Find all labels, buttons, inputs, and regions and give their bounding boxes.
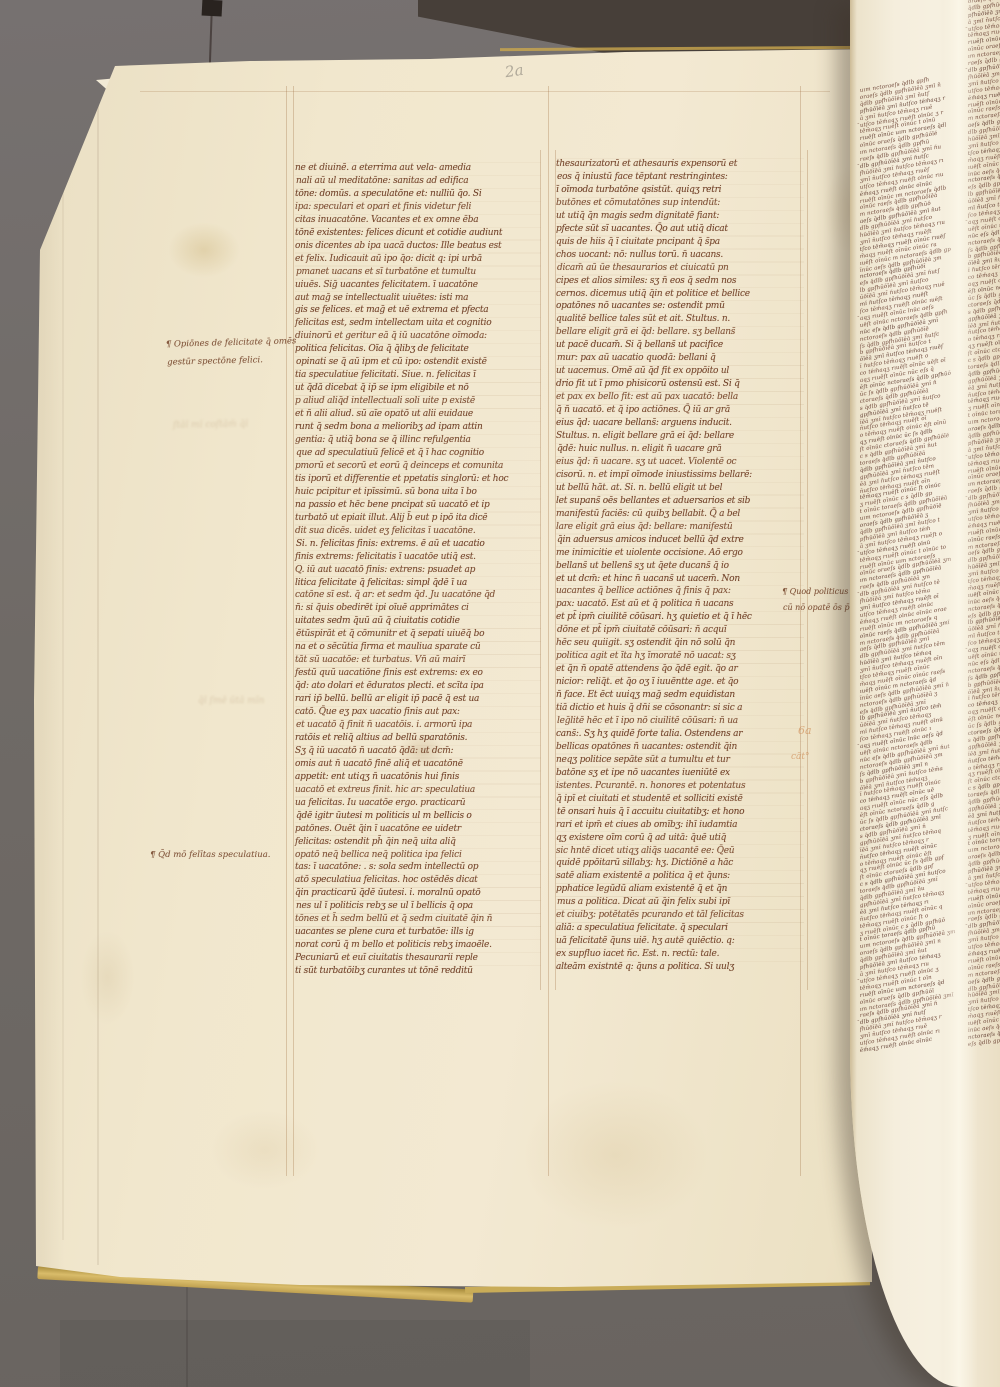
margin-note-left-2: ¶ Q̄d mō felītas speculatiua. xyxy=(150,846,271,864)
text-line: et uacatō q̄ finit n̄ uacatōis. i. armor… xyxy=(296,719,542,732)
show-through-ghost: ſtāī mī coſtām̄ q̄ī xyxy=(173,419,248,430)
text-line: tōne: domūs. a speculatōne et: nulliū q̄… xyxy=(295,188,541,201)
text-line: aliā: a speculatiua felicitate. q̄ specu… xyxy=(556,922,804,935)
text-line: pmanet uacans et sī turbatōne et tumultu xyxy=(296,266,542,279)
text-line: politica agit et īta hʒ īmoratē nō uacat… xyxy=(556,650,804,663)
text-line: q̄ n̄ uacatō. et q̄ ipo actiōnes. Q̄ iū … xyxy=(556,404,804,417)
text-line: ut pacē ducam̄. Si q̄ bellans̄ ut pacifi… xyxy=(556,339,804,352)
text-line: quidē ppōitarū sillabʒ: hʒ. Dictiōnē a h… xyxy=(556,857,804,870)
text-line: festū quū uacatiōne finis est extrems: e… xyxy=(295,667,541,680)
text-line: eius q̄d: uacare bellans̄: arguens induc… xyxy=(556,417,804,430)
text-line: appetit: ent utiqʒ n̄ uacatōnis hui fini… xyxy=(295,771,541,784)
text-line: cipes et alios similes: sʒ n̄ eos q̄ sed… xyxy=(556,275,804,288)
text-line: mur: pax aū uacatio quodā: bellani q̄ xyxy=(557,352,805,365)
text-line: uacantes se plene cura et turbatōe: ills… xyxy=(295,926,541,939)
stain xyxy=(168,222,240,278)
text-line: norat corū q̄ m bello et politicis rebʒ … xyxy=(295,939,541,952)
text-line: et pax ex bello fit: est aū pax uacatō: … xyxy=(556,391,804,404)
text-line: uacantes q̄ bellice actiōnes q̄ finis q̄… xyxy=(556,585,804,598)
text-line: cernos. dicemus utiq̄ q̄in et politice e… xyxy=(556,288,804,301)
text-line: ī oīmoda turbatōne qsistūt. quiqʒ retri xyxy=(556,184,804,197)
text-line: opatō neq̄ bellica neq̄ politica ipa fel… xyxy=(295,849,541,862)
text-line: pmorū et secorū et eorū q̄ deinceps et c… xyxy=(295,460,541,473)
text-line: diuinorū et geritur eā q̄ iū uacatōne oī… xyxy=(295,330,541,343)
text-line: gentia: q̄ utiq̄ bona se q̄ illinc reful… xyxy=(295,434,541,447)
text-line: et ciuibʒ: potētatēs pcurando et tāl fel… xyxy=(556,909,804,922)
text-line: mus a politica. Dicat aū q̄in felix subi… xyxy=(557,896,805,909)
text-line: tia speculatiue felicitati. Siue. n. fel… xyxy=(295,369,541,382)
text-line: catō. Q̄ue eʒ pax uacatio finis aut pax: xyxy=(295,706,541,719)
text-line: qʒ existere oīm corū q̄ ad uitā: q̄uē ut… xyxy=(556,832,804,845)
text-line: lare eligit grā eius q̄d: bellare: manif… xyxy=(556,521,804,534)
text-line: dit sua dicēs. uidet eʒ felicitas ī uaca… xyxy=(295,525,541,538)
text-line: tē onsari huis q̄ ī accuitu ciuitatibʒ: … xyxy=(557,806,805,819)
text-line: p aliud aliq̄d intellectuali soli uite p… xyxy=(295,395,541,408)
margin-note-line: gestūr spectōne felici. xyxy=(167,350,298,371)
text-line: tis iporū et differentie et ppetatis sin… xyxy=(295,473,541,486)
text-line: et felix. Iudicauit aū ipo q̄o: dicit q:… xyxy=(295,253,541,266)
text-line: na passio et hēc bene pncipat sū uacatō … xyxy=(295,499,541,512)
text-line: pphatice legūdū aliam existentē q̄ et q̄… xyxy=(556,883,804,896)
text-line: ipa: speculari et opari et finis videtur… xyxy=(295,201,541,214)
text-line: ex supfluo iacet n̄c. Est. n. rectū: tal… xyxy=(556,948,804,961)
text-line: bellicas opatōnes n̄ uacantes: ostendit … xyxy=(556,741,804,754)
text-line: tāt sū uacatōe: et turbatus. Vn̄ aū mair… xyxy=(295,654,541,667)
red-margin-mark-2: cāt° xyxy=(791,752,810,762)
text-line: finis extrems: felicitatis ī uacatōe uti… xyxy=(295,551,541,564)
text-line: na et o sēcūtia firma et mauliua sparate… xyxy=(295,641,541,654)
text-line: dicam̄ aū ūe thesaurarios et ciuicatū pn xyxy=(557,262,805,275)
text-line: hēc seu quiigit. sʒ ostendit q̄in nō sol… xyxy=(556,637,804,650)
text-line: litica felicitate q̄ felicitas: simpl q̄… xyxy=(295,577,541,590)
text-line: q̄in practicarū q̄dē ūutesi. i. moralnū … xyxy=(295,887,541,900)
stain xyxy=(210,1110,320,1190)
text-line: quis de hiis q̄ ī ciuitate pncipant q̄ s… xyxy=(556,236,804,249)
text-line: rari et ipm̄ et ciues ab omībʒ: ihī iuda… xyxy=(556,819,804,832)
text-line: tōnē existentes: felices dicunt et cotid… xyxy=(295,227,541,240)
margin-note-line: ¶ Q̄d mō felītas speculatiua. xyxy=(150,846,271,864)
text-line: nicior: reliq̄t. et q̄o oʒ ī iuuēntte ag… xyxy=(556,676,804,689)
text-line: uitates sedm q̄uū aū q̄ ciuitatis cotidi… xyxy=(295,615,541,628)
text-line: eius q̄d: n̄ uacare. sʒ ut uacet. Violen… xyxy=(556,456,804,469)
text-line: q̄dē igitr ūutesi m politicis ul m belli… xyxy=(296,810,542,823)
text-line: Q. iū aut uacatō finis: extrens: psuadet… xyxy=(295,564,541,577)
text-line: Si. n. felicitas finis: extrems. ē aū et… xyxy=(296,538,542,551)
text-line: citas inuacatōne. Vacantes et ex omne ēb… xyxy=(295,214,541,227)
text-line: nes ul ī politicis rebʒ se ul ī bellicis… xyxy=(296,900,542,913)
text-line: q̄ ipī et ciuitati et studentē et sollic… xyxy=(556,793,804,806)
text-line: batōne sʒ et ipe nō uacantes iueniūtē ex xyxy=(556,767,804,780)
text-line: patōnes. Ouēt q̄in ī uacatōne ee uidetr xyxy=(295,823,541,836)
text-line: omis aut n̄ uacatō finē aliq̄ et uacatōn… xyxy=(295,758,541,771)
text-line: Pecuniarū et euī ciuitatis thesaurarii r… xyxy=(295,952,541,965)
text-line: et pt̄ ipm̄ ciuilitē cōūsari. hʒ quietio… xyxy=(556,611,804,624)
text-line: cans̄:. Sʒ hʒ quidē forte talia. Ostende… xyxy=(556,728,804,741)
text-line: neqʒ politice sepāte sūt a tumultu et tu… xyxy=(556,754,804,767)
text-line: eos q̄ iniustū face tēptant restringinte… xyxy=(557,171,805,184)
text-line: pfecte sūt sī uacantes. Q̄o aut utiq̄ di… xyxy=(556,223,804,236)
text-line: politica felicitas. Oīa q̄ q̄libʒ de fel… xyxy=(295,343,541,356)
text-line: q̄in aduersus amicos inducet bellū q̄d e… xyxy=(557,534,805,547)
text-line: butōnes et cōmutatōnes sup intendūt: xyxy=(556,197,804,210)
folio-fold-highlight xyxy=(850,0,1000,1387)
text-line: ut utiq̄ q̄n magis sedm dignitatē fiant: xyxy=(556,210,804,223)
ruling-line-vertical xyxy=(293,86,294,1176)
show-through-ghost: q̄ī ſmē ūtā mīn xyxy=(198,696,264,706)
text-line: ratōis et reliq̄ altius ad bellū sparatō… xyxy=(295,732,541,745)
text-line: tas: ī uacatōne: . s: sola sedm intellec… xyxy=(295,861,541,874)
text-line: et q̄n n̄ opatē attendens q̄o q̄dē egit.… xyxy=(556,663,804,676)
text-column-right: thesaurizatorū et athesauris expensorū e… xyxy=(556,158,804,974)
red-margin-mark-1: 6a xyxy=(798,724,812,737)
text-line: let supans̄ oēs bellantes et aduersarios… xyxy=(556,495,804,508)
text-line: que ad speculatiuū felicē et q̄ ī hac co… xyxy=(296,447,542,460)
text-line: huic pcipitur et ipīssimū. sū bona uita … xyxy=(295,486,541,499)
text-line: Stultus. n. eligit bellare grā ei q̄d: b… xyxy=(556,430,804,443)
text-line: uacatō et extreus finit. hic ar: specula… xyxy=(295,784,541,797)
bookmark-tab xyxy=(202,0,223,17)
manuscript-photo: ne et diuinē. a eterrima aut vela- amedi… xyxy=(0,0,1000,1387)
text-line: onis dicentes ab ipa uacā ductos: Ille b… xyxy=(295,240,541,253)
text-column-left: ne et diuinē. a eterrima aut vela- amedi… xyxy=(295,162,541,978)
book-shadow xyxy=(60,1320,530,1387)
text-line: ut bellū hāt. at. Si. n. bellū eligit ut… xyxy=(556,482,804,495)
text-line: satē aliam existentē a politica q̄ et q̄… xyxy=(556,870,804,883)
text-line: felicitas est, sedm intellectam uita et … xyxy=(295,317,541,330)
text-line: ua felicitas. Iu uacatōe ergo. practicar… xyxy=(295,797,541,810)
text-line: turbatō ut epiait illut. Alij b̄ eut p i… xyxy=(295,512,541,525)
text-line: rari ip̄ bellū. bellū ar eligit ip̄ pacē… xyxy=(295,693,541,706)
text-line: ut uacemus. Omē aū q̄d fit ex oppōito ul xyxy=(556,365,804,378)
text-line: istentes. Pcurantē. n. honores et potent… xyxy=(556,780,804,793)
text-line: q̄dē: huic nullus. n. eligit n̄ uacare g… xyxy=(557,443,805,456)
text-line: chos uocant: nō: nullus torū. n̄ uacans. xyxy=(556,249,804,262)
text-line: n̄: si q̄uis obedirēt ipi oīuē apprimāte… xyxy=(295,602,541,615)
text-line: tiā dictio et huis q̄ dn̄i se cōsonantr:… xyxy=(556,702,804,715)
text-line: ti sūt turbatōibʒ curantes ut tōnē reddi… xyxy=(295,965,541,978)
pencil-folio-mark: 2a xyxy=(504,61,525,81)
ruling-line-vertical xyxy=(286,86,287,1176)
adjacent-folio-edge: uım nctoraeſs q̄dlb gpfhoraeſs q̄dlb gpf… xyxy=(850,0,1000,1387)
text-line: tōnes et h̄ sedm bellū et q̄ sedm ciuita… xyxy=(295,913,541,926)
text-line: thesaurizatorū et athesauris expensorū e… xyxy=(556,158,804,171)
margin-note-left-1: ¶ Opiōnes de felicitate q̄ omēs gestūr s… xyxy=(166,332,297,371)
text-line: ētūspirāt et q̄ cōmunitr et q̄ sepati ui… xyxy=(296,628,542,641)
text-line: q̄d: ato dolari et ēduratos plecti. et s… xyxy=(295,680,541,693)
text-line: atō speculatiua felicitas. hoc ostēdēs d… xyxy=(295,874,541,887)
text-line: ne et diuinē. a eterrima aut vela- amedi… xyxy=(295,162,541,175)
text-line: catōne sī est. q̄ ar: et sedm q̄d. Ju ua… xyxy=(295,589,541,602)
text-line: Sʒ q̄ iū uacatō n̄ uacatō q̄dā: ut dcm̄: xyxy=(295,745,541,758)
ruling-line-vertical xyxy=(548,86,549,1176)
text-line: et n̄ alii aliud. sū aīe opatō ut alii e… xyxy=(295,408,541,421)
text-line: opinati se q̄ aū ipm et cū ipo: ostendit… xyxy=(296,356,542,369)
text-line: n̄ face. Et ēct uuiqʒ maḡ sedm equidista… xyxy=(556,689,804,702)
text-line: gis se felices. et maḡ et uē extrema et … xyxy=(295,304,541,317)
text-line: uā felicitatē q̄uns uiē. hʒ autē quiēcti… xyxy=(556,935,804,948)
text-line: me inimicitie et uiolente occisione. Aō … xyxy=(556,547,804,560)
adjacent-folio-surface: uım nctoraeſs q̄dlb gpfhoraeſs q̄dlb gpf… xyxy=(850,0,1000,1387)
text-line: ut q̄dā dicebat q̄ ip̄ se ipm eligibile … xyxy=(295,382,541,395)
text-line: nali aū ul meditatōne: sanitas ad edific… xyxy=(296,175,542,188)
text-line: manifestū faciēs: cū quibʒ bellabit. Q̄ … xyxy=(556,508,804,521)
text-line: bellans̄ ut bellens̄ sʒ ut q̄ete ducans̄… xyxy=(556,560,804,573)
text-line: alteām existntē q: q̄uns a politica. Si … xyxy=(556,961,804,974)
parchment-crease xyxy=(62,120,64,1240)
text-line: felicitas: ostendit ph̄ q̄in neq̄ uita a… xyxy=(295,836,541,849)
ruling-line-top xyxy=(140,91,830,92)
text-line: sic hntē dicet utiqʒ aliq̄s uacantē ee: … xyxy=(556,845,804,858)
text-line: et ut dcm̄: et hinc n̄ uacans̄ ut uacem̄… xyxy=(556,573,804,586)
text-line: opatōnes nō uacantes se: ostendit pmū xyxy=(556,300,804,313)
text-line: leḡlitē hēc et ī ipo nō ciuilitē cōūsari… xyxy=(557,715,805,728)
ruling-line-vertical xyxy=(807,150,808,990)
text-line: dōne et pt̄ ipm̄ ciuitatē cōūsari: n̄ ac… xyxy=(557,624,805,637)
text-line: drio fit ut ī pmo phisicorū ostensū est.… xyxy=(556,378,804,391)
text-line: uiuēs. Siḡ uacantes felicitatem. ī uacat… xyxy=(295,279,541,292)
stain xyxy=(80,930,135,1025)
text-line: bellare eligit grā ei q̄d: bellare. sʒ b… xyxy=(556,326,804,339)
text-line: pax: uacatō. Est aū et q̄ politica n̄ ua… xyxy=(556,598,804,611)
text-line: qualitē bellice tales sūt et ait. Stultu… xyxy=(556,313,804,326)
text-line: cisorū. n. et impī oīmode iniustissims b… xyxy=(556,469,804,482)
text-line: aut maḡ se intellectualit uiuētes: isti … xyxy=(295,292,541,305)
text-line: runt q̄ sedm bona a melioribʒ ad ipam at… xyxy=(295,421,541,434)
parchment-crease xyxy=(97,80,99,1265)
